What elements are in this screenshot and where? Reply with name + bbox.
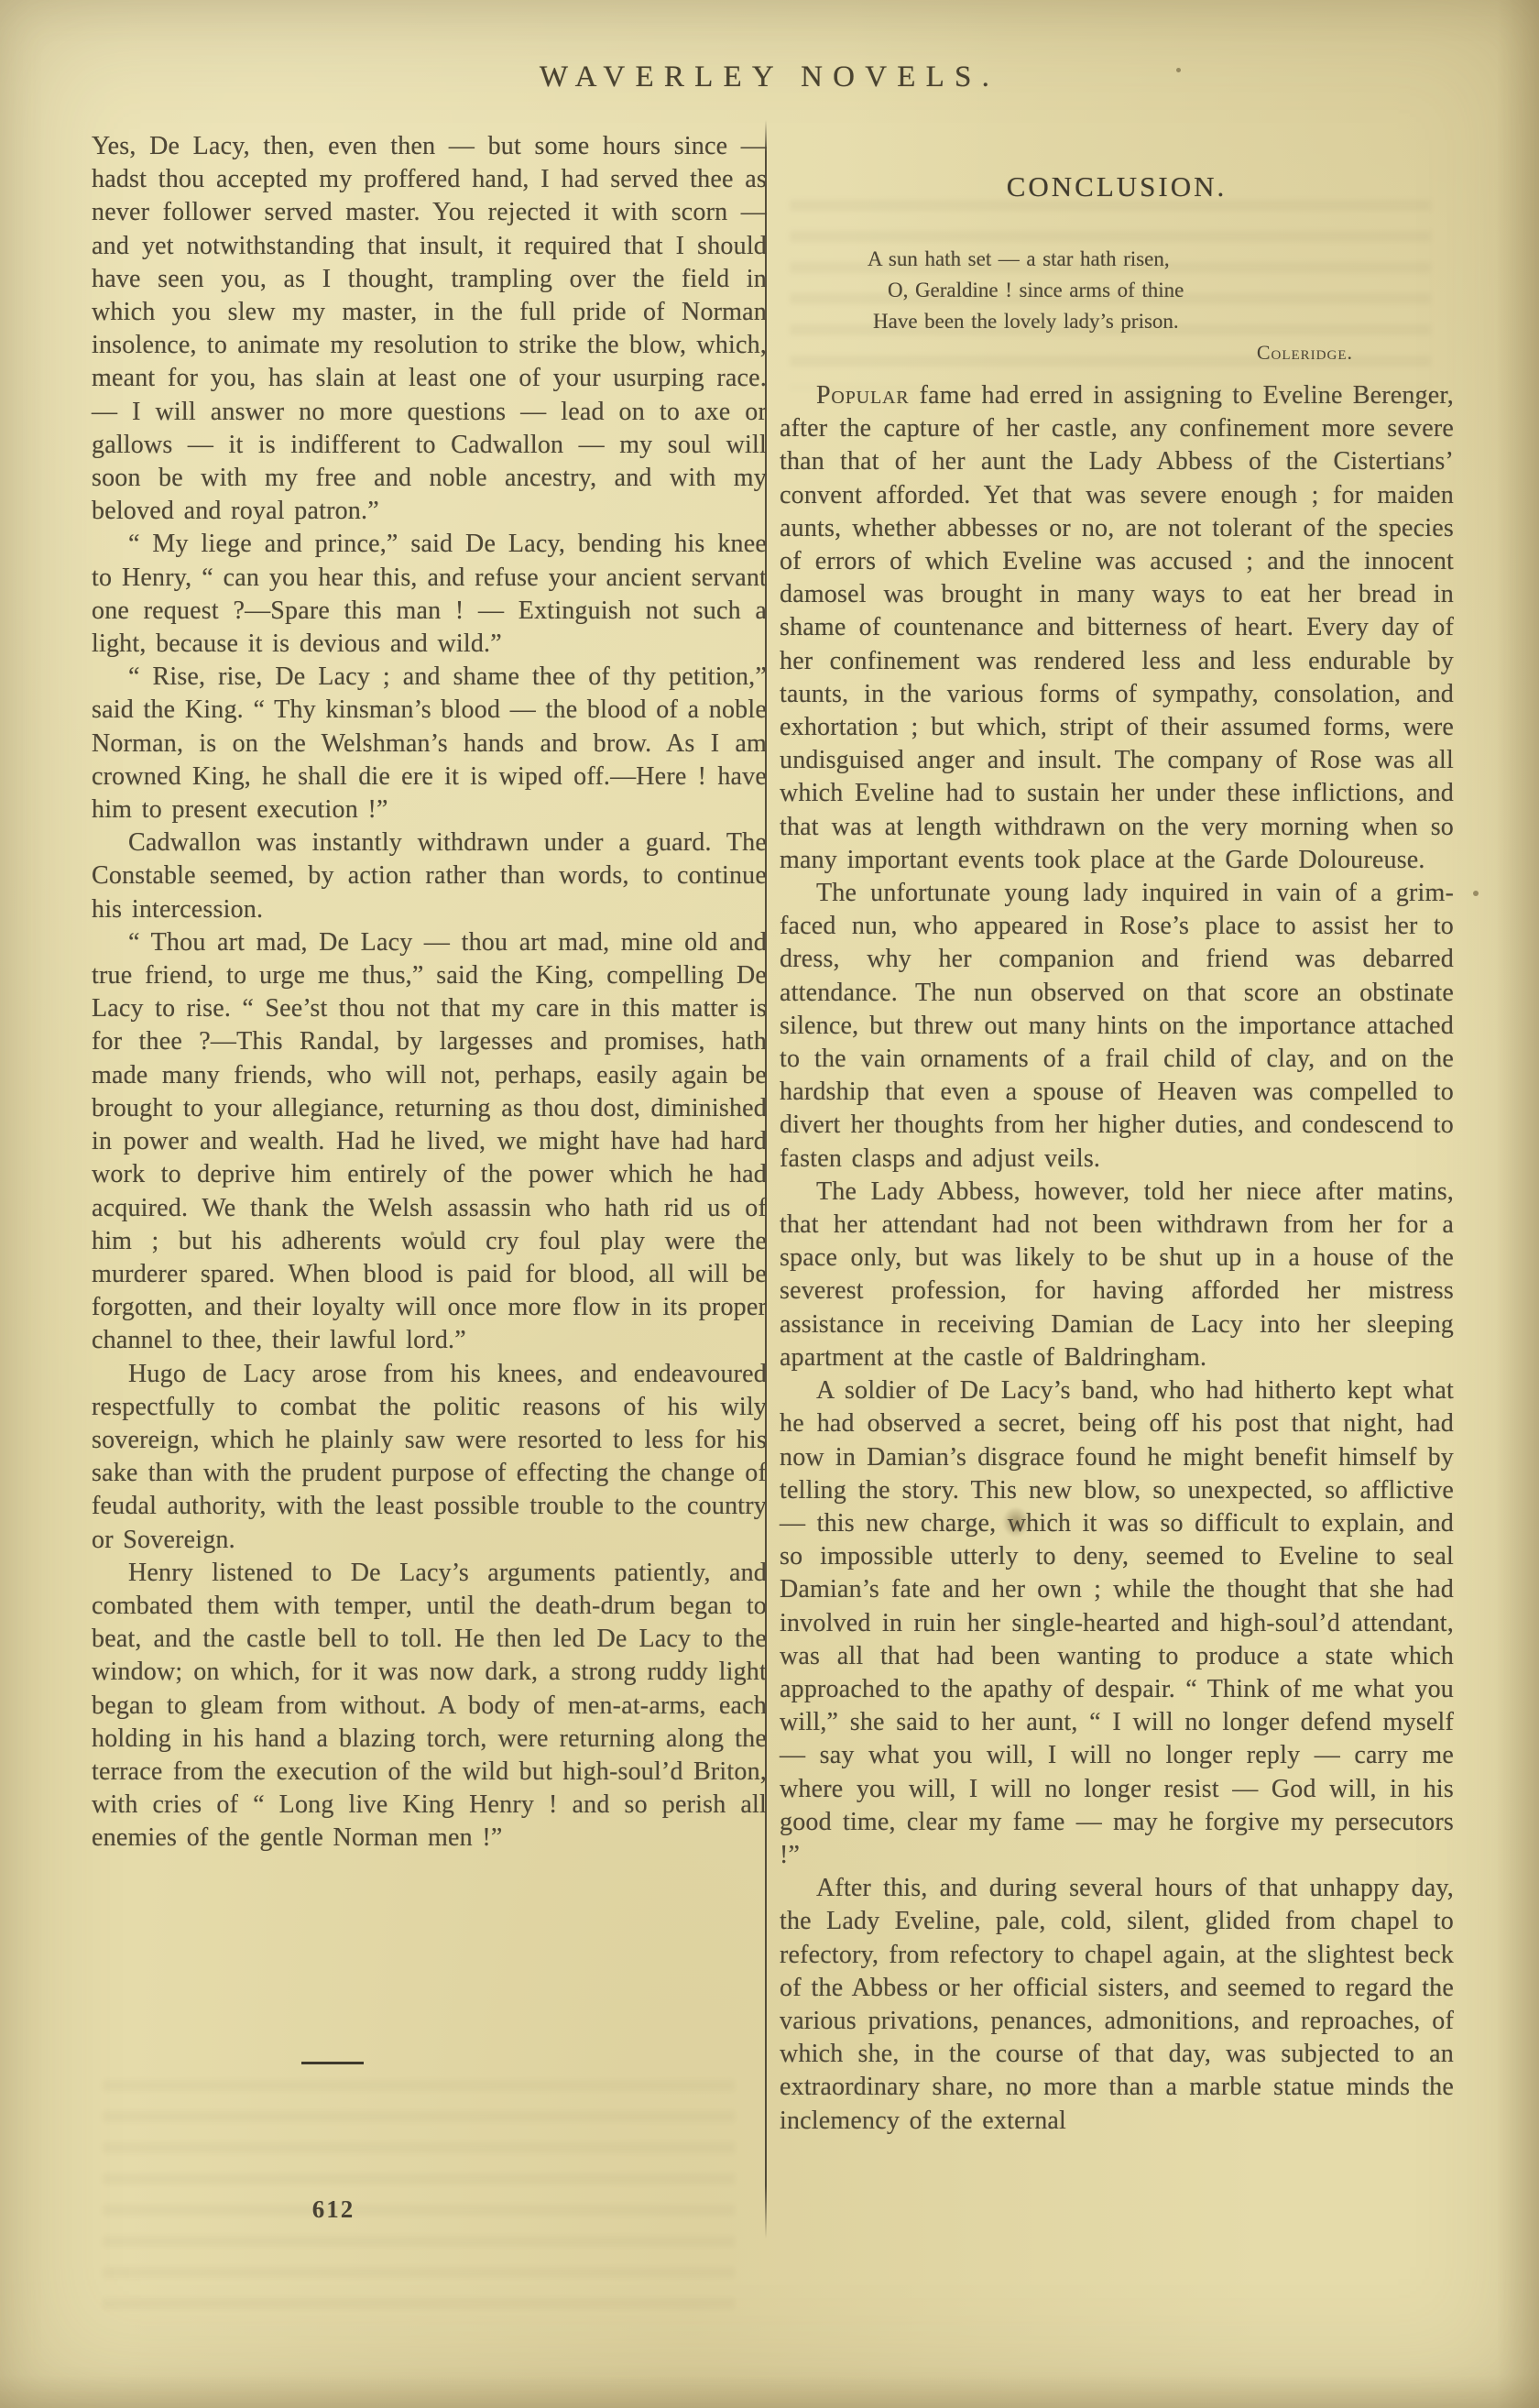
paragraph: Hugo de Lacy arose from his knees, and e… bbox=[92, 1358, 767, 1557]
book-page: WAVERLEY NOVELS. Yes, De Lacy, then, eve… bbox=[0, 0, 1539, 2408]
lead-word-small-caps: Popular bbox=[816, 381, 909, 410]
paragraph: “ My liege and prince,” said De Lacy, be… bbox=[92, 528, 767, 661]
chapter-heading: CONCLUSION. bbox=[780, 170, 1454, 203]
page-edge-shading bbox=[0, 2375, 1539, 2408]
right-column: CONCLUSION. A sun hath set — a star hath… bbox=[780, 130, 1454, 2138]
showthrough-patch bbox=[103, 2060, 735, 2326]
right-column-text: Popular fame had erred in assigning to E… bbox=[780, 379, 1454, 2138]
paragraph: “ Rise, rise, De Lacy ; and shame thee o… bbox=[92, 661, 767, 826]
footer-rule bbox=[301, 2062, 364, 2064]
paragraph: Popular fame had erred in assigning to E… bbox=[780, 379, 1454, 877]
epigraph-line: A sun hath set — a star hath risen, bbox=[868, 244, 1454, 275]
paragraph: Henry listened to De Lacy’s arguments pa… bbox=[92, 1557, 767, 1855]
running-header: WAVERLEY NOVELS. bbox=[0, 60, 1539, 94]
epigraph: A sun hath set — a star hath risen,O, Ge… bbox=[868, 244, 1454, 337]
page-edge-shading bbox=[1497, 0, 1539, 2408]
page-number: 612 bbox=[289, 2195, 377, 2224]
paper-speck bbox=[1473, 891, 1479, 896]
paragraph: A soldier of De Lacy’s band, who had hit… bbox=[780, 1374, 1454, 1872]
paragraph: The Lady Abbess, however, told her niece… bbox=[780, 1176, 1454, 1374]
paragraph: After this, and during several hours of … bbox=[780, 1872, 1454, 2138]
epigraph-line: Have been the lovely lady’s prison. bbox=[873, 306, 1454, 337]
epigraph-line: O, Geraldine ! since arms of thine bbox=[888, 275, 1454, 306]
epigraph-attribution: Coleridge. bbox=[780, 341, 1353, 365]
paragraph: Yes, De Lacy, then, even then — but some… bbox=[92, 130, 767, 528]
paragraph: “ Thou art mad, De Lacy — thou art mad, … bbox=[92, 926, 767, 1358]
left-column-text: Yes, De Lacy, then, even then — but some… bbox=[92, 130, 767, 1855]
paragraph: The unfortunate young lady inquired in v… bbox=[780, 877, 1454, 1176]
paragraph: Cadwallon was instantly withdrawn under … bbox=[92, 826, 767, 926]
